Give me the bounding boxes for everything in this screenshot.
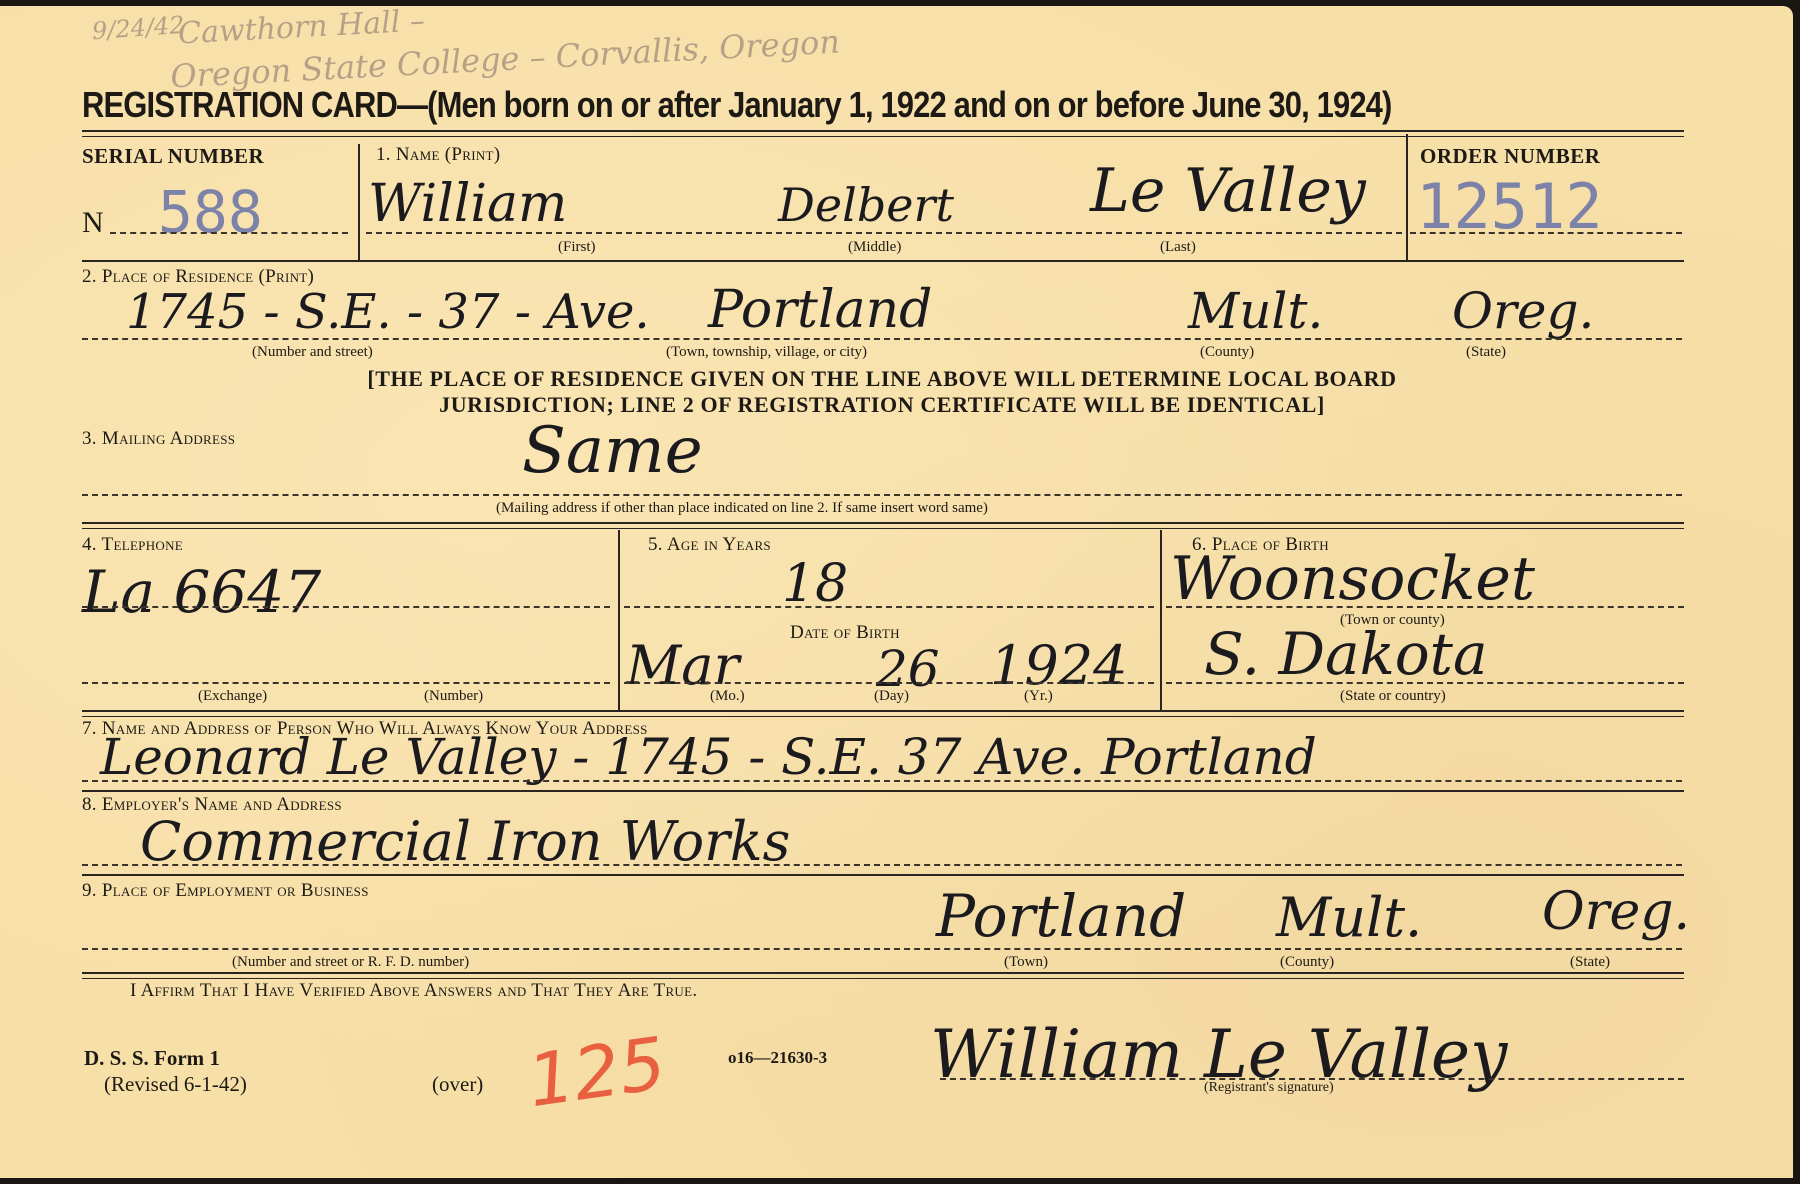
birth-year: 1924 [990, 634, 1127, 697]
residence-county: Mult. [1188, 282, 1323, 340]
employment-state-caption: (State) [1570, 954, 1610, 971]
telephone-dash [82, 682, 610, 684]
title-rule [82, 130, 1684, 137]
employment-county-caption: (County) [1280, 954, 1334, 971]
number-caption: (Number) [424, 688, 483, 705]
telephone-dash [82, 606, 610, 608]
employment-dash [82, 948, 1682, 950]
residence-notice-line2: JURISDICTION; LINE 2 OF REGISTRATION CER… [82, 392, 1682, 418]
affirmation-text: I Affirm That I Have Verified Above Answ… [130, 980, 697, 1002]
exchange-caption: (Exchange) [198, 688, 267, 705]
year-caption: (Yr.) [1024, 688, 1053, 705]
birthplace-dash [1166, 682, 1684, 684]
name-middle: Delbert [778, 178, 954, 232]
name-last: Le Valley [1090, 156, 1366, 226]
name-label: 1. Name (Print) [376, 144, 500, 166]
name-dash [366, 232, 1402, 234]
mailing-value: Same [522, 414, 703, 488]
age-dash [624, 606, 1154, 608]
month-caption: (Mo.) [710, 688, 745, 705]
serial-dash [110, 232, 348, 234]
rule [82, 972, 1684, 979]
birthplace-dash [1166, 606, 1684, 608]
employment-town: Portland [936, 882, 1186, 950]
employer-dash [82, 864, 1682, 866]
registration-card: 9/24/42 Cawthorn Hall – Oregon State Col… [0, 6, 1793, 1178]
signature-caption: (Registrant's signature) [1204, 1080, 1334, 1096]
mailing-label: 3. Mailing Address [82, 428, 235, 450]
state-caption: (State) [1466, 344, 1506, 361]
last-caption: (Last) [1160, 239, 1196, 256]
residence-city: Portland [708, 280, 932, 340]
over-note: (over) [432, 1072, 483, 1097]
birth-date-dash [624, 682, 1154, 684]
residence-street: 1745 - S.E. - 37 - Ave. [126, 284, 650, 340]
rule [82, 790, 1684, 792]
state-country-caption: (State or country) [1340, 688, 1446, 705]
form-name: D. S. S. Form 1 [84, 1046, 220, 1071]
employment-county: Mult. [1276, 886, 1422, 949]
contact-dash [82, 780, 1682, 782]
pencil-note-line1: Cawthorn Hall – [177, 4, 425, 52]
middle-caption: (Middle) [848, 239, 901, 256]
county-caption: (County) [1200, 344, 1254, 361]
pencil-date: 9/24/42 [91, 11, 185, 45]
name-first: William [368, 174, 567, 234]
rule [82, 260, 1684, 262]
mailing-caption: (Mailing address if other than place ind… [496, 500, 988, 517]
print-code: o16—21630-3 [728, 1048, 827, 1068]
serial-prefix: N [82, 206, 104, 240]
employment-state: Oreg. [1542, 882, 1690, 942]
birthplace-state: S. Dakota [1204, 620, 1488, 688]
telephone-label: 4. Telephone [82, 534, 183, 556]
age-value: 18 [782, 554, 848, 614]
residence-dash [82, 338, 1682, 340]
street-caption: (Number and street) [252, 344, 373, 361]
divider [618, 530, 620, 710]
red-annotation: 125 [523, 1021, 671, 1123]
employment-label: 9. Place of Employment or Business [82, 880, 369, 902]
birthplace-town: Woonsocket [1170, 544, 1535, 614]
city-caption: (Town, township, village, or city) [666, 344, 867, 361]
divider [1160, 530, 1162, 710]
age-label: 5. Age in Years [648, 534, 771, 556]
contact-value: Leonard Le Valley - 1745 - S.E. 37 Ave. … [100, 728, 1317, 786]
divider [358, 144, 360, 260]
mailing-dash [82, 494, 1682, 496]
card-title: REGISTRATION CARD—(Men born on or after … [82, 84, 1391, 126]
day-caption: (Day) [874, 688, 909, 705]
serial-number-label: SERIAL NUMBER [82, 144, 264, 169]
telephone-value: La 6647 [82, 558, 321, 626]
first-caption: (First) [558, 239, 596, 256]
rule [82, 522, 1684, 529]
employment-town-caption: (Town) [1004, 954, 1048, 971]
rule [82, 874, 1684, 876]
residence-state: Oreg. [1452, 282, 1594, 340]
serial-number-value: 588 [158, 178, 263, 246]
divider [1406, 134, 1408, 260]
order-dash [1410, 232, 1682, 234]
order-number-label: ORDER NUMBER [1420, 144, 1600, 169]
employment-street-caption: (Number and street or R. F. D. number) [232, 954, 469, 971]
residence-notice-line1: [THE PLACE OF RESIDENCE GIVEN ON THE LIN… [82, 366, 1682, 392]
rule [82, 710, 1684, 717]
form-revised: (Revised 6-1-42) [104, 1072, 247, 1097]
